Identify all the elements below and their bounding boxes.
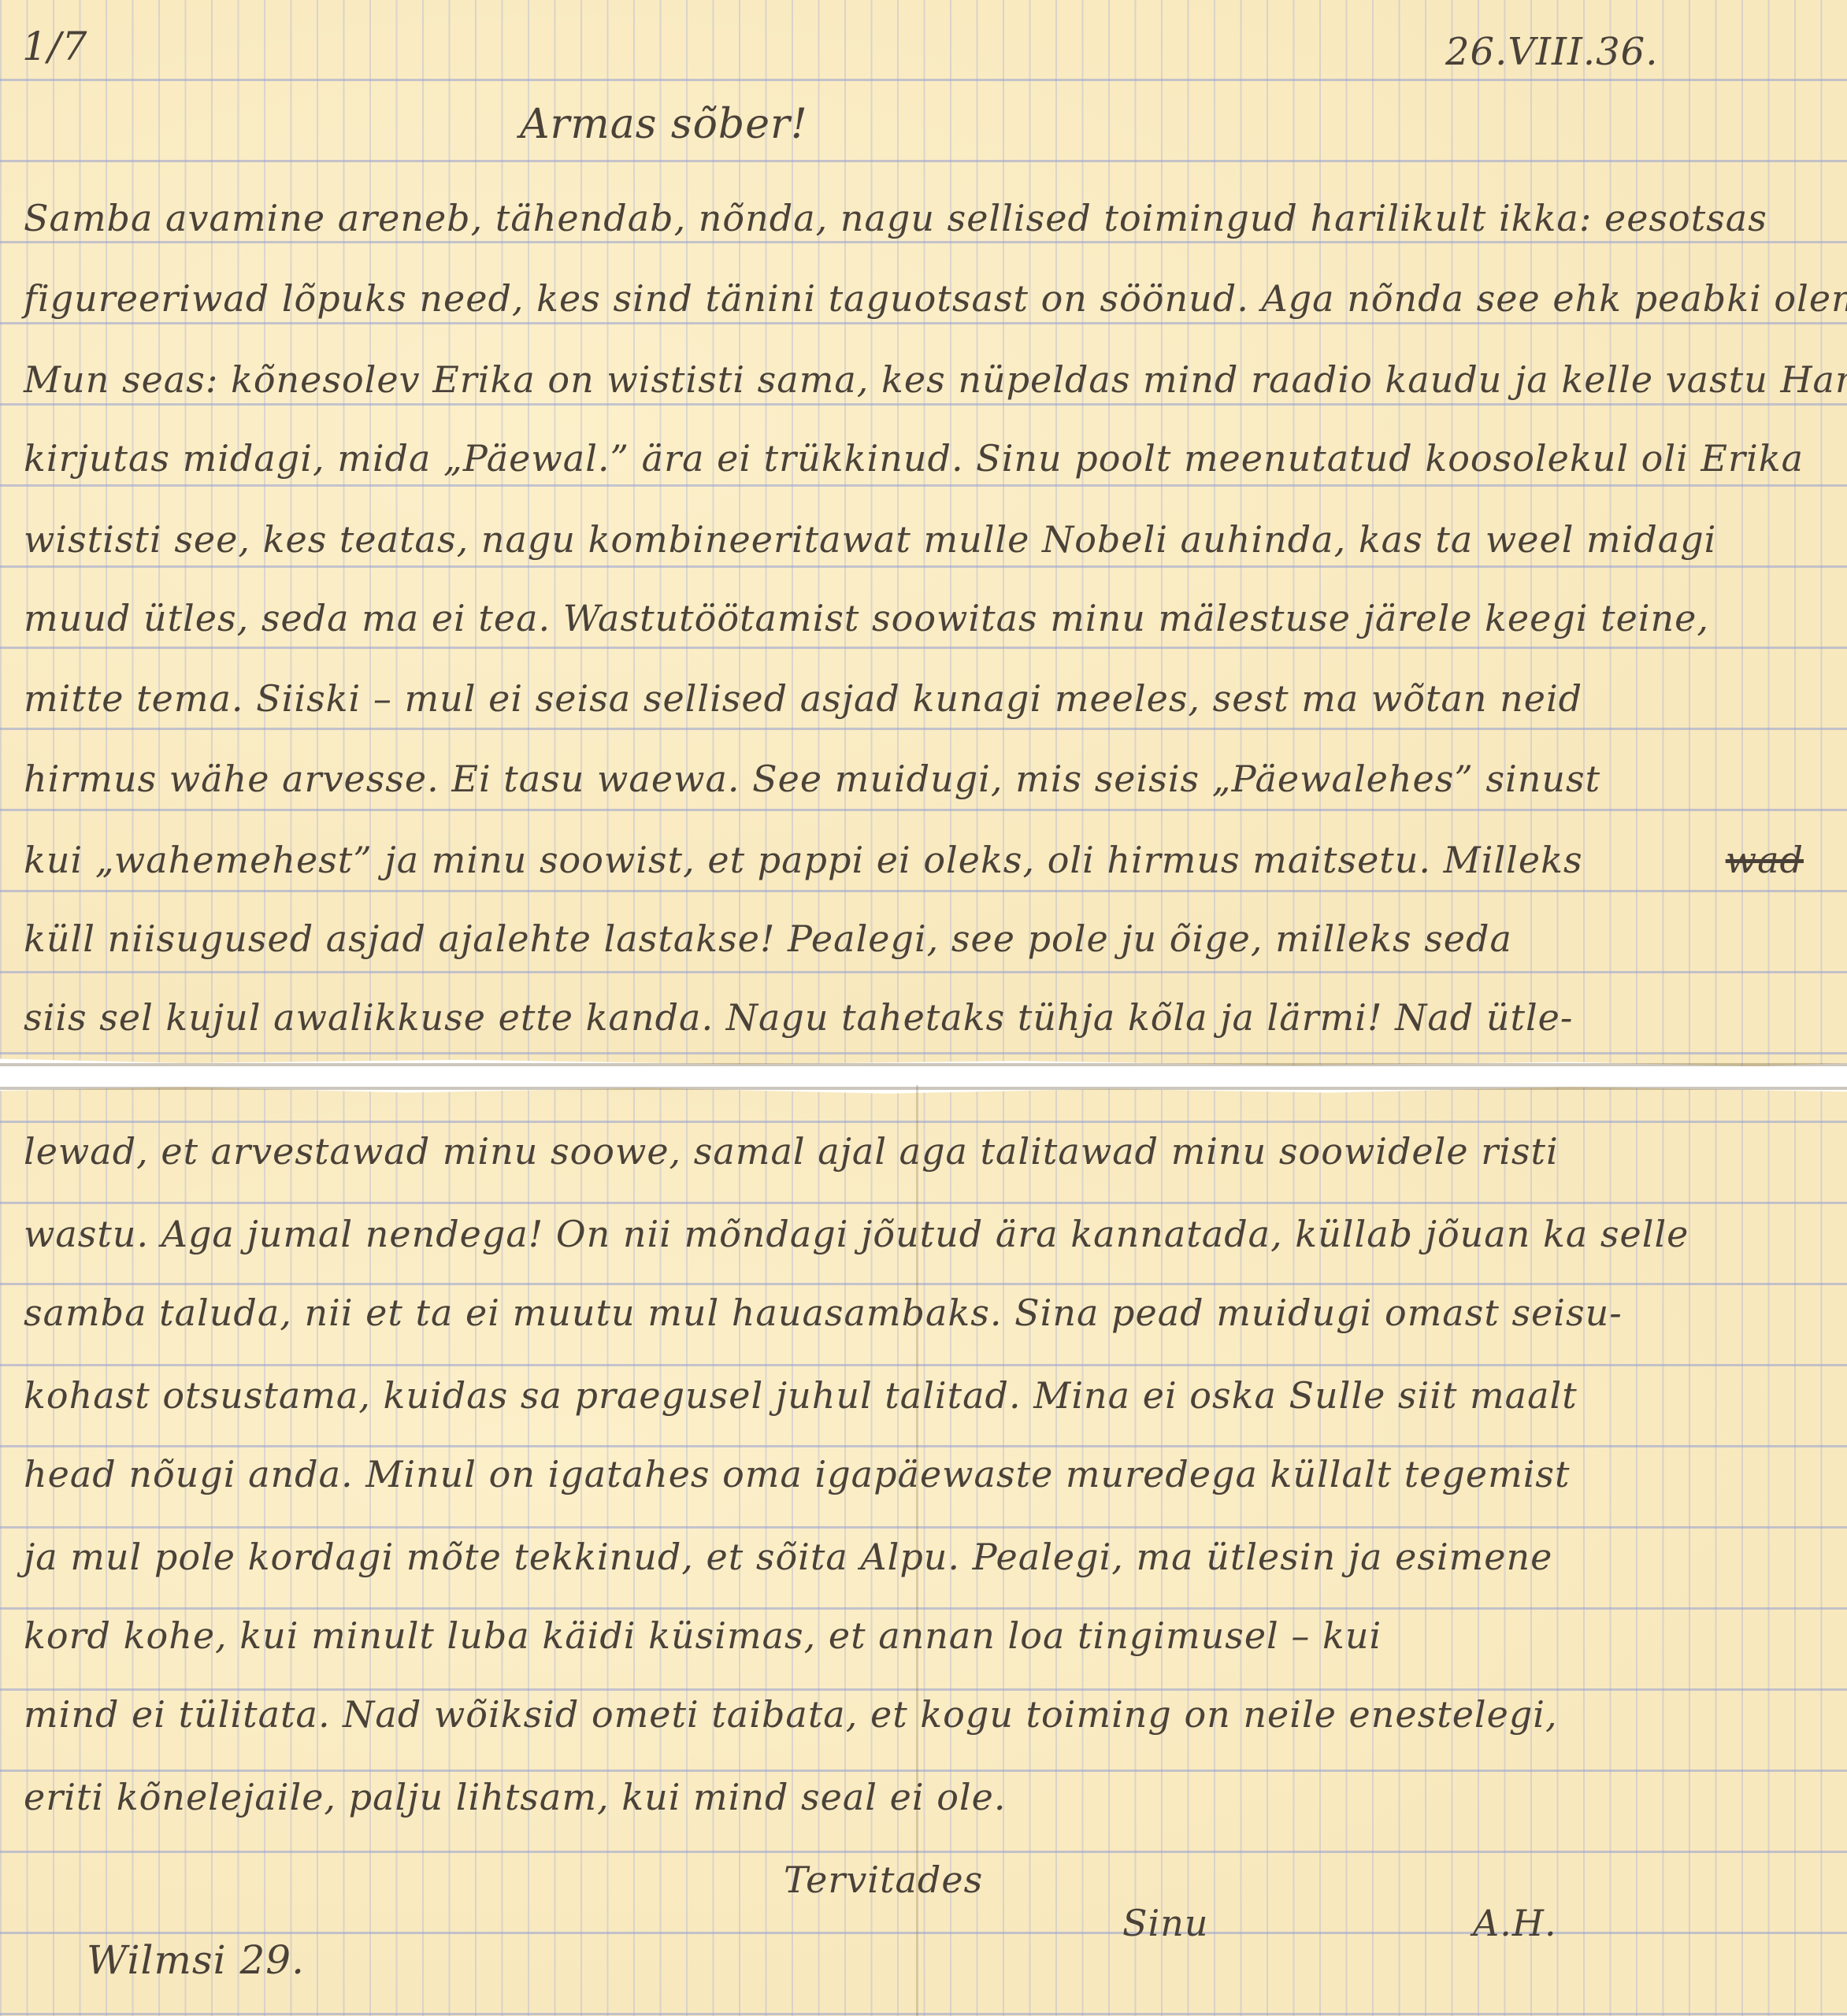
- tear-edge-upper: [0, 1063, 1847, 1066]
- body-line-text: kui „wahemehest” ja minu soowist, et pap…: [24, 839, 1583, 881]
- body-line: figureeriwad lõpuks need, kes sind tänin…: [24, 277, 1827, 320]
- body-line: kirjutas midagi, mida „Päewal.” ära ei t…: [24, 437, 1827, 480]
- body-line: mind ei tülitata. Nad wõiksid ometi taib…: [24, 1693, 1827, 1736]
- body-line: mitte tema. Siiski – mul ei seisa sellis…: [24, 677, 1827, 720]
- body-line: muud ütles, seda ma ei tea. Wastutöötami…: [24, 597, 1827, 639]
- signature-initials: A.H.: [1473, 1902, 1557, 1944]
- sender-address: Wilmsi 29.: [87, 1937, 305, 1983]
- page-mark: 1/7: [22, 24, 87, 69]
- body-line: kord kohe, kui minult luba käidi küsimas…: [24, 1614, 1827, 1657]
- closing-salutation: Tervitades: [784, 1858, 983, 1901]
- body-line: eriti kõnelejaile, palju lihtsam, kui mi…: [24, 1776, 1827, 1818]
- greeting: Armas sõber!: [520, 101, 808, 148]
- body-line: hirmus wähe arvesse. Ei tasu waewa. See …: [24, 758, 1827, 800]
- body-line: Samba avamine areneb, tähendab, nõnda, n…: [24, 197, 1827, 239]
- closing-yours: Sinu: [1122, 1902, 1208, 1944]
- body-line: ja mul pole kordagi mõte tekkinud, et sõ…: [24, 1536, 1827, 1578]
- tear-edge-lower: [0, 1087, 1847, 1090]
- body-line: Mun seas: kõnesolev Erika on wististi sa…: [24, 358, 1827, 401]
- struck-out-word: wad: [1726, 839, 1804, 881]
- body-line: wististi see, kes teatas, nagu kombineer…: [24, 518, 1827, 561]
- letter-date: 26.VIII.36.: [1445, 30, 1658, 74]
- body-line: lewad, et arvestawad minu soowe, samal a…: [24, 1130, 1827, 1173]
- body-line: kui „wahemehest” ja minu soowist, et pap…: [24, 839, 1804, 881]
- body-line: kohast otsustama, kuidas sa praegusel ju…: [24, 1374, 1827, 1417]
- body-line: küll niisugused asjad ajalehte lastakse!…: [24, 917, 1827, 960]
- body-line: wastu. Aga jumal nendega! On nii mõndagi…: [24, 1213, 1827, 1255]
- body-line: samba taluda, nii et ta ei muutu mul hau…: [24, 1291, 1827, 1334]
- body-line: siis sel kujul awalikkuse ette kanda. Na…: [24, 996, 1827, 1039]
- body-line: head nõugi anda. Minul on igatahes oma i…: [24, 1453, 1827, 1495]
